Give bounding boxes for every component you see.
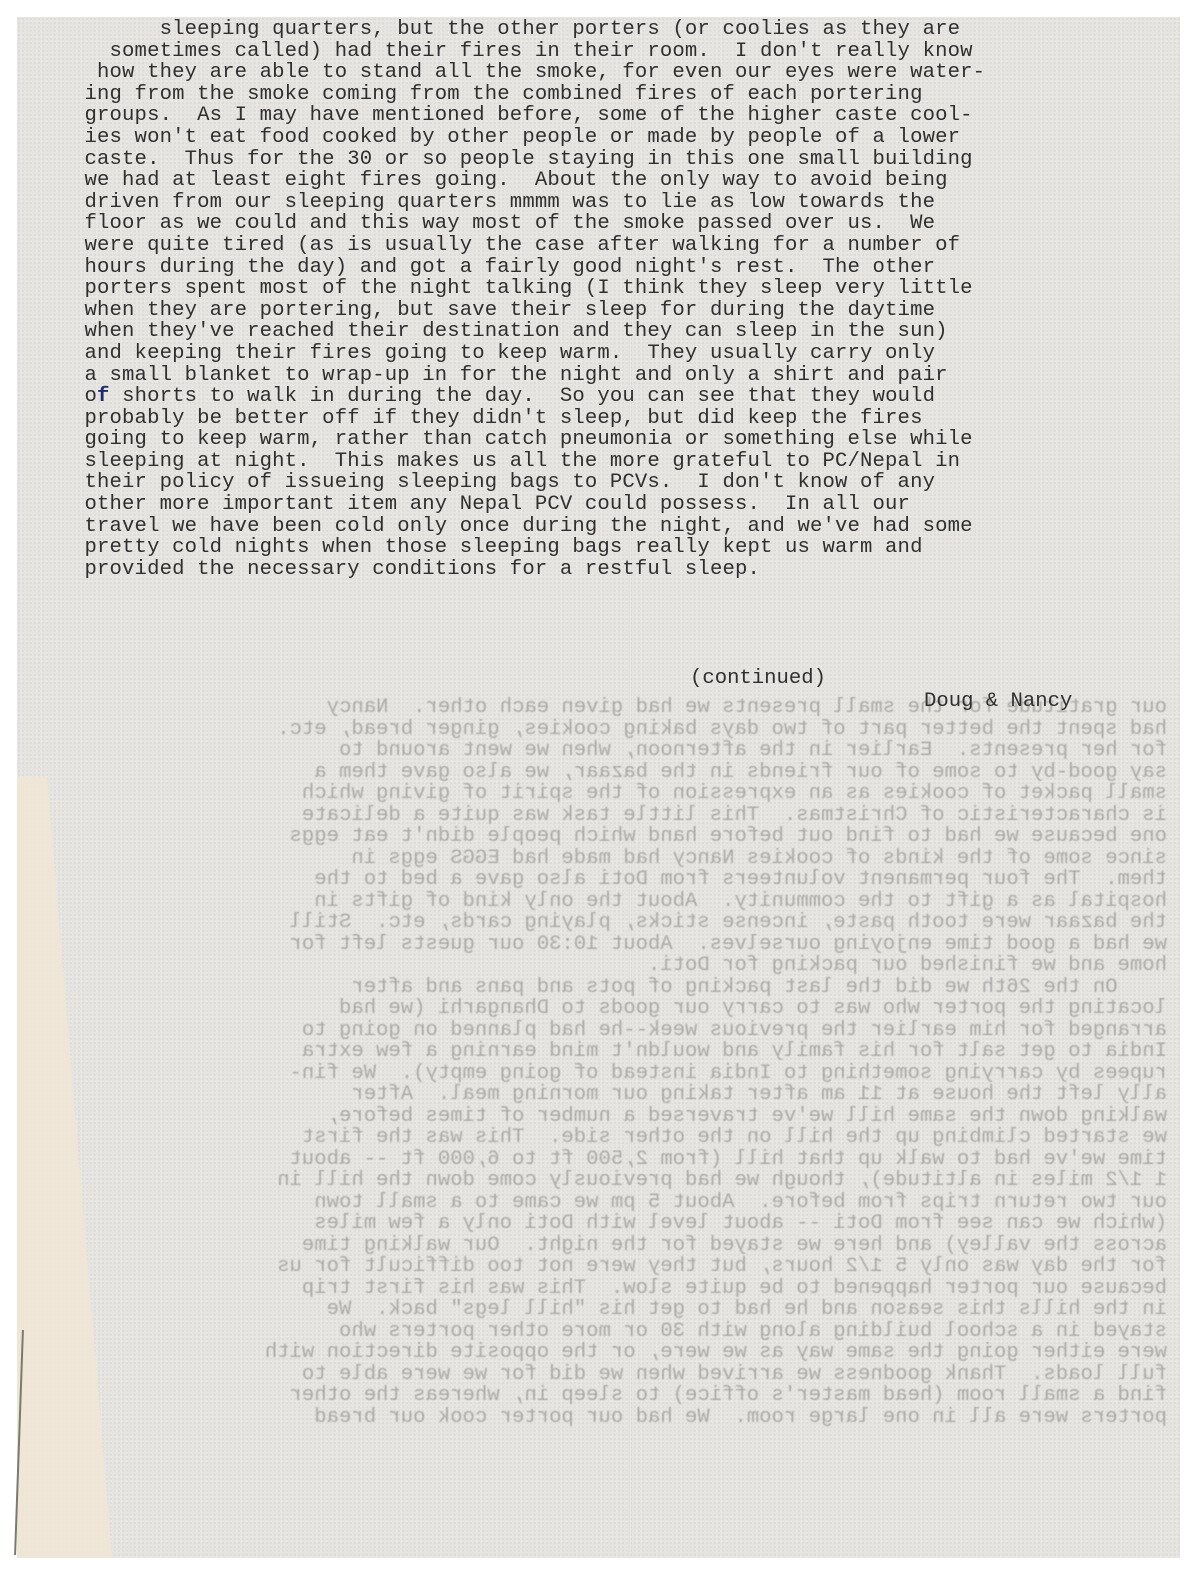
bleed-through-line: for the day was only 5 1/2 hours, but th… [87,1256,1167,1278]
bleed-through-line: ally left the house at 11 am after takin… [87,1084,1167,1106]
text-line: and keeping their fires going to keep wa… [47,343,1167,365]
text-line: their policy of issueing sleeping bags t… [47,472,1167,494]
text-line: hours during the day) and got a fairly g… [47,257,1167,279]
bleed-through-line: say good-by to some of our friends in th… [87,762,1167,784]
text-line: of shorts to walk in during the day. So … [47,386,1167,408]
letter-page: our gratitude for the small presents we … [17,17,1180,1558]
bleed-through-line: locating the porter who was to carry our… [87,998,1167,1020]
bleed-through-line: we started climbing up the hill on the o… [87,1127,1167,1149]
bleed-through-line: one because we had to find out before ha… [87,826,1167,848]
text-line: probably be better off if they didn't sl… [47,408,1167,430]
bleed-through-text: our gratitude for the small presents we … [87,697,1167,1428]
letter-body: sleeping quarters, but the other porters… [47,19,1167,580]
text-line: porters spent most of the night talking … [47,278,1167,300]
text-line: driven from our sleeping quarters mmmm w… [47,192,1167,214]
text-line: when they are portering, but save their … [47,300,1167,322]
text-line: how they are able to stand all the smoke… [47,62,1167,84]
text-line: we had at least eight fires going. About… [47,170,1167,192]
bleed-through-line: walking down the same hill we've travers… [87,1106,1167,1128]
bleed-through-line: 1 1/2 miles in altitude), though we had … [87,1170,1167,1192]
bleed-through-line: our two return trips from before. About … [87,1192,1167,1214]
text-line: sleeping at night. This makes us all the… [47,451,1167,473]
bleed-through-line: stayed in a school building along with 3… [87,1321,1167,1343]
bleed-through-line: home and we finished our packing for Dot… [87,955,1167,977]
text-line: were quite tired (as is usually the case… [47,235,1167,257]
text-line: sleeping quarters, but the other porters… [47,19,1167,41]
bleed-through-line: across the valley) and here we stayed fo… [87,1235,1167,1257]
bleed-through-line: is characteristic of Christmas. This lit… [87,805,1167,827]
bleed-through-line: India to get salt for his family and wou… [87,1041,1167,1063]
bleed-through-line: hospital as a gift to the community. Abo… [87,891,1167,913]
bleed-through-line: were either going the same way as we wer… [87,1342,1167,1364]
bleed-through-line: time we've had to walk up that hill (fro… [87,1149,1167,1171]
bleed-through-line: had spent the better part of two days ba… [87,719,1167,741]
text-line: groups. As I may have mentioned before, … [47,105,1167,127]
text-line: going to keep warm, rather than catch pn… [47,429,1167,451]
text-line: ies won't eat food cooked by other peopl… [47,127,1167,149]
bleed-through-line: in the hills this season and he had to g… [87,1299,1167,1321]
bleed-through-line: them. The four permanent volunteers from… [87,869,1167,891]
bleed-through-line: (which we can see from Doti -- about lev… [87,1213,1167,1235]
text-line: travel we have been cold only once durin… [47,516,1167,538]
handwritten-correction: f [97,385,110,408]
text-line: a small blanket to wrap-up in for the ni… [47,365,1167,387]
text-line: sometimes called) had their fires in the… [47,41,1167,63]
bleed-through-line: find a small room (head master's office)… [87,1385,1167,1407]
text-line: provided the necessary conditions for a … [47,559,1167,581]
text-line: caste. Thus for the 30 or so people stay… [47,149,1167,171]
text-line: ing from the smoke coming from the combi… [47,84,1167,106]
bleed-through-line: rupees by carrying something to India in… [87,1063,1167,1085]
bleed-through-line: for her presents. Earlier in the afterno… [87,740,1167,762]
text-line: floor as we could and this way most of t… [47,213,1167,235]
bleed-through-line: small packet of cookies as an expression… [87,783,1167,805]
bleed-through-line: full loads. Thank goodness we arrived wh… [87,1364,1167,1386]
bleed-through-line: On the 26th we did the last packing of p… [87,977,1167,999]
signature: Doug & Nancy [924,690,1072,713]
bleed-through-line: porters were all in one large room. We h… [87,1407,1167,1429]
text-line: when they've reached their destination a… [47,321,1167,343]
continued-label: (continued) [690,667,826,690]
bleed-through-line: because our porter happened to be quite … [87,1278,1167,1300]
bleed-through-line: the bazaar were tooth paste, incense sti… [87,912,1167,934]
text-line: pretty cold nights when those sleeping b… [47,537,1167,559]
bleed-through-line: since some of the kinds of cookies Nancy… [87,848,1167,870]
bleed-through-line: arranged for him earlier the previous we… [87,1020,1167,1042]
bleed-through-line: we had a good time enjoying ourselves. A… [87,934,1167,956]
text-line: other more important item any Nepal PCV … [47,494,1167,516]
